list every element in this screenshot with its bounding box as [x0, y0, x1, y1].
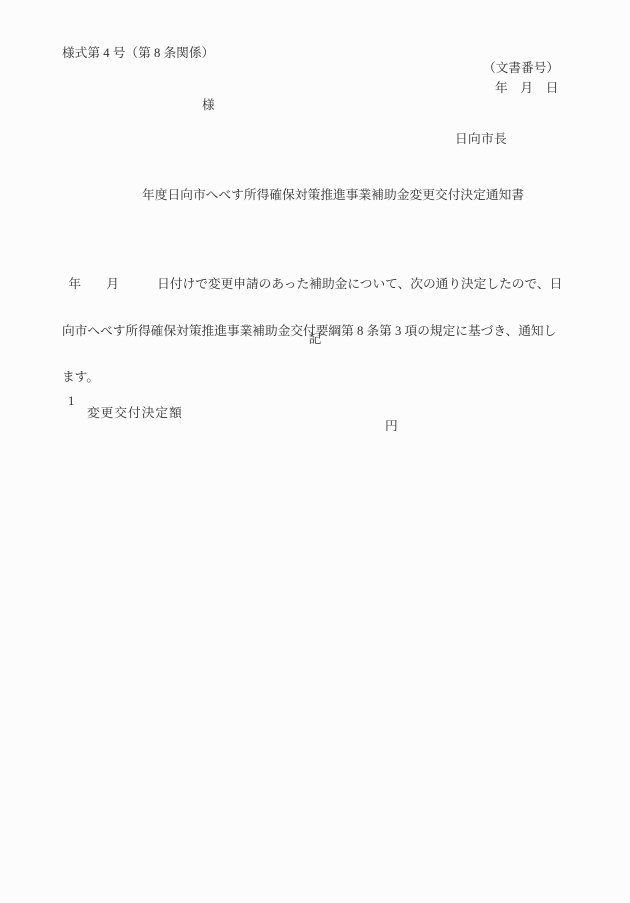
body-line: 年 月 日付けで変更申請のあった補助金について、次の通り決定したので、日	[62, 274, 582, 295]
document-page: 様式第 4 号（第 8 条関係） （文書番号） 年 月 日 様 日向市長 年度日…	[0, 0, 630, 903]
addressee-honorific: 様	[202, 99, 215, 112]
item-number: 1	[68, 395, 74, 408]
form-number-label: 様式第 4 号（第 8 条関係）	[62, 47, 214, 60]
item-unit: 円	[385, 420, 398, 433]
document-title: 年度日向市へべす所得確保対策推進事業補助金変更交付決定通知書	[142, 189, 524, 202]
record-marker: 記	[0, 333, 630, 346]
subsidy-item-row: 1 変更交付決定額 円	[0, 382, 630, 398]
item-label: 変更交付決定額	[87, 407, 183, 420]
date-placeholder: 年 月 日	[495, 82, 558, 95]
sender-title: 日向市長	[455, 133, 507, 146]
doc-number-placeholder: （文書番号）	[483, 62, 559, 75]
